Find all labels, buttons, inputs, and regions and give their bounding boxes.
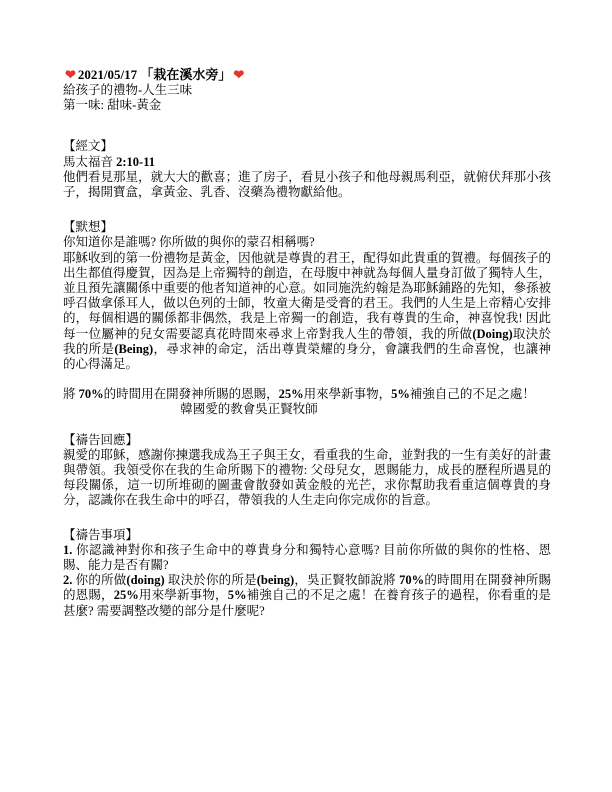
heart-icon: ❤ [63,67,78,82]
document-header: ❤2021/05/17 「栽在溪水旁」❤ 給孩子的禮物-人生三味 第一味: 甜味… [63,66,551,113]
scripture-reference: 馬太福音 2:10-11 [63,155,551,170]
title-text: 2021/05/17 「栽在溪水旁」 [78,67,231,82]
document-content: ❤2021/05/17 「栽在溪水旁」❤ 給孩子的禮物-人生三味 第一味: 甜味… [63,66,551,619]
prayer-response-section: 【禱告回應】 親愛的耶穌，感謝你揀選我成為王子與王女，看重我的生命，並對我的一生… [63,433,551,509]
document-page: ❤2021/05/17 「栽在溪水旁」❤ 給孩子的禮物-人生三味 第一味: 甜味… [0,0,612,792]
prayer-response-body: 親愛的耶穌，感謝你揀選我成為王子與王女，看重我的生命，並對我的一生有美好的計畫與… [63,448,551,509]
scripture-section: 【經文】 馬太福音 2:10-11 他們看見那星，就大大的歡喜；進了房子，看見小… [63,139,551,200]
prayer-items-heading: 【禱告事項】 [63,528,551,543]
meditation-section: 【默想】 你知道你是誰嗎? 你所做的與你的蒙召相稱嗎? 耶穌收到的第一份禮物是黃… [63,220,551,372]
prayer-item: 1. 你認識神對你和孩子生命中的尊貴身分和獨特心意嗎? 目前你所做的與你的性格、… [63,543,551,573]
prayer-response-heading: 【禱告回應】 [63,433,551,448]
prayer-item: 2. 你的所做(doing) 取決於你的所是(being)，吳正賢牧師說將 70… [63,573,551,619]
quote-block: 將 70%的時間用在開發神所賜的恩賜，25%用來學新事物，5%補強自己的不足之處… [63,387,551,417]
heart-icon: ❤ [231,67,246,82]
scripture-text: 他們看見那星，就大大的歡喜；進了房子，看見小孩子和他母親馬利亞，就俯伏拜那小孩子… [63,170,551,200]
prayer-items-section: 【禱告事項】 1. 你認識神對你和孩子生命中的尊貴身分和獨特心意嗎? 目前你所做… [63,528,551,619]
subtitle-series: 給孩子的禮物-人生三味 [63,83,551,98]
meditation-question: 你知道你是誰嗎? 你所做的與你的蒙召相稱嗎? [63,235,551,250]
quote-attribution: 韓國愛的教會吳正賢牧師 [63,402,435,417]
meditation-body: 耶穌收到的第一份禮物是黃金，因他就是尊貴的君王，配得如此貴重的賀禮。每個孩子的出… [63,251,551,373]
quote-text: 將 70%的時間用在開發神所賜的恩賜，25%用來學新事物，5%補強自己的不足之處… [63,387,551,402]
meditation-heading: 【默想】 [63,220,551,235]
subtitle-flavor: 第一味: 甜味-黃金 [63,98,551,113]
scripture-heading: 【經文】 [63,139,551,154]
document-title: ❤2021/05/17 「栽在溪水旁」❤ [63,66,551,83]
